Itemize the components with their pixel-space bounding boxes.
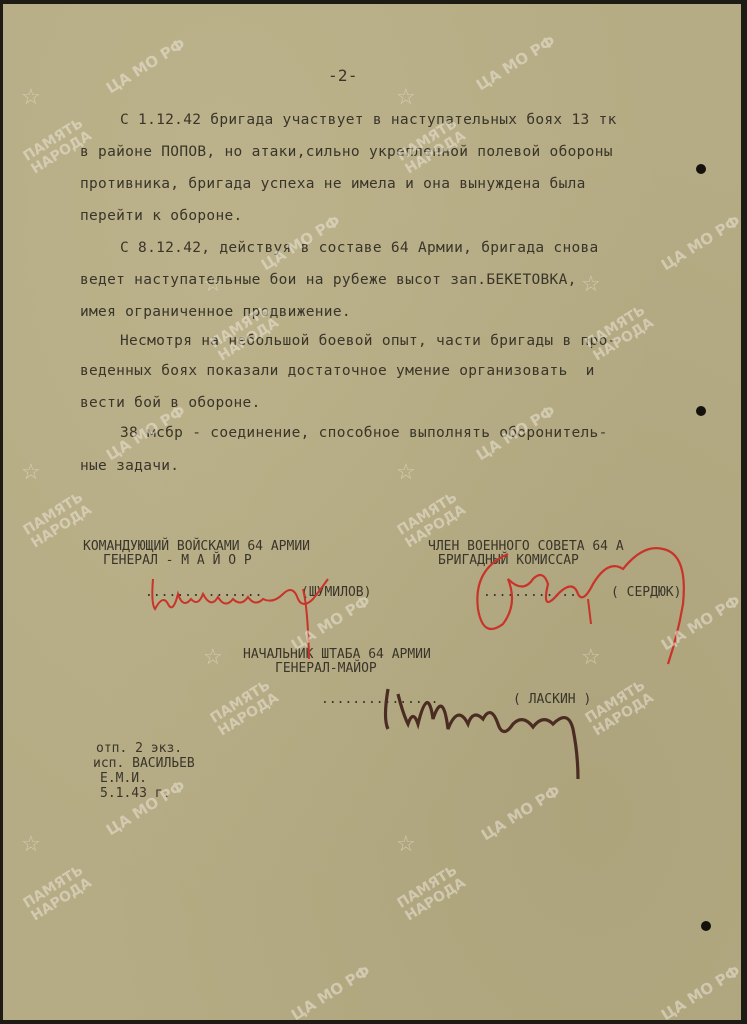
text-line: имея ограниченное продвижение.	[80, 304, 351, 320]
watermark-camo: ЦА МО РФ	[103, 35, 188, 98]
star-icon: ☆	[21, 84, 41, 110]
watermark-camo: ЦА МО РФ	[288, 962, 373, 1020]
watermark-pamyat-naroda: ПАМЯТЬНАРОДА	[583, 303, 657, 364]
star-icon: ☆	[21, 831, 41, 857]
text-line: С 8.12.42, действуя в составе 64 Армии, …	[120, 240, 599, 256]
star-icon: ☆	[396, 831, 416, 857]
shumilov-signature-icon	[133, 549, 363, 659]
watermark-pamyat-naroda: ПАМЯТЬНАРОДА	[21, 116, 95, 177]
footer-executor: исп. ВАСИЛЬЕВ	[93, 756, 195, 771]
chief-of-staff-rank: ГЕНЕРАЛ-МАЙОР	[275, 661, 377, 676]
text-line: в районе ПОПОВ, но атаки,сильно укреплен…	[80, 144, 613, 160]
watermark-camo: ЦА МО РФ	[658, 962, 741, 1020]
star-icon: ☆	[581, 644, 601, 670]
watermark-pamyat-naroda: ПАМЯТЬНАРОДА	[21, 863, 95, 924]
star-icon: ☆	[396, 84, 416, 110]
laskin-signature-icon	[373, 669, 593, 789]
punch-hole	[701, 921, 711, 931]
text-line: С 1.12.42 бригада участвует в наступател…	[120, 112, 617, 128]
star-icon: ☆	[581, 271, 601, 297]
watermark-camo: ЦА МО РФ	[658, 212, 741, 275]
star-icon: ☆	[203, 271, 223, 297]
watermark-pamyat-naroda: ПАМЯТЬНАРОДА	[395, 863, 469, 924]
watermark-camo: ЦА МО РФ	[478, 782, 563, 845]
text-line: Несмотря на небольшой боевой опыт, части…	[120, 333, 617, 349]
text-line: веденных боях показали достаточное умени…	[80, 363, 595, 379]
watermark-camo: ЦА МО РФ	[473, 32, 558, 95]
star-icon: ☆	[21, 459, 41, 485]
footer-copies: отп. 2 экз.	[96, 741, 182, 756]
punch-hole	[696, 406, 706, 416]
star-icon: ☆	[396, 459, 416, 485]
watermark-pamyat-naroda: ПАМЯТЬНАРОДА	[583, 678, 657, 739]
footer-initials: Е.М.И.	[100, 771, 147, 786]
watermark-pamyat-naroda: ПАМЯТЬНАРОДА	[208, 678, 282, 739]
text-line: ведет наступательные бои на рубеже высот…	[80, 272, 577, 288]
document-page: -2- С 1.12.42 бригада участвует в наступ…	[3, 4, 741, 1020]
text-line: противника, бригада успеха не имела и он…	[80, 176, 586, 192]
text-line: ные задачи.	[80, 458, 179, 474]
punch-hole	[696, 164, 706, 174]
page-number: -2-	[328, 66, 358, 85]
star-icon: ☆	[203, 644, 223, 670]
text-line: перейти к обороне.	[80, 208, 243, 224]
